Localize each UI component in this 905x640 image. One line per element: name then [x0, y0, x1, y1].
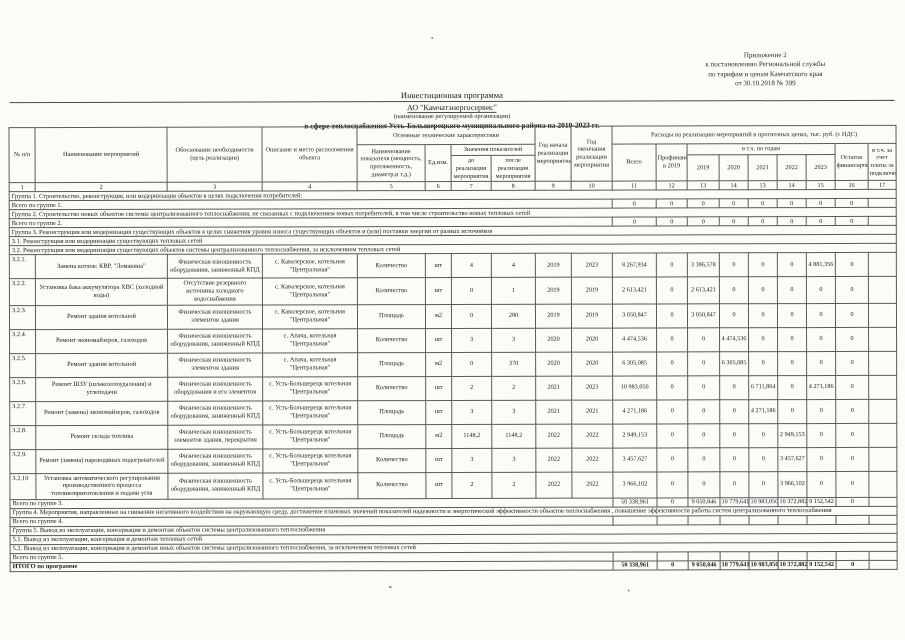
cost-value: 0 — [657, 471, 688, 497]
cost-value: 3 050,847 — [687, 303, 719, 327]
value-after: 1 — [491, 278, 535, 304]
column-number: 2 — [35, 183, 167, 192]
indicator-name: Количество — [357, 254, 425, 278]
measure-name: Ремонт здания котельной — [35, 305, 167, 329]
totals-value — [869, 551, 897, 560]
col-header-indicator: Наименование показателя (мощность, протя… — [357, 145, 425, 183]
totals-value — [836, 515, 869, 524]
totals-value — [869, 497, 897, 506]
totals-value: 10 983,050 — [749, 497, 778, 506]
value-before: 1148,2 — [452, 424, 492, 448]
totals-label: ИТОГО по программе — [10, 561, 613, 572]
cost-value: 0 — [807, 327, 836, 351]
cost-value: 2 613,421 — [612, 277, 656, 303]
col-header-year-2023: 2023 — [806, 154, 835, 181]
year-start: 2022 — [536, 472, 572, 498]
measure-name: Ремонт ШЗУ (шлакозолоудаления) и углепод… — [36, 377, 168, 401]
value-before: 3 — [452, 448, 492, 472]
totals-value — [869, 560, 897, 569]
value-after: 3 — [492, 448, 536, 472]
measure-reason: Физическая изношенность элементов здания — [167, 304, 262, 328]
measure-location: с. Кавалерское, котельная "Центральная" — [262, 304, 357, 328]
column-number: 4 — [262, 182, 357, 191]
column-number: 12 — [656, 181, 687, 190]
totals-value: 0 — [836, 497, 869, 506]
year-end: 2023 — [572, 376, 613, 400]
measure-reason: Отсутствие резервного источника холодног… — [167, 278, 262, 304]
header-row-1: № п/п Наименование мероприятий Обоснован… — [9, 125, 896, 145]
cost-value — [869, 423, 897, 447]
cost-value: 4 271,186 — [807, 375, 836, 399]
cost-value: 0 — [835, 253, 868, 277]
cost-value — [868, 277, 896, 303]
cost-value: 0 — [778, 351, 807, 375]
measure-name: Ремонт (замена) экономайзеров, газоходов — [36, 401, 168, 425]
column-number: 13 — [687, 181, 719, 190]
cost-value: 0 — [688, 447, 720, 471]
totals-value: 50 338,961 — [613, 561, 657, 570]
totals-value — [688, 551, 720, 560]
column-number: 5 — [357, 182, 425, 191]
scan-speck — [628, 590, 630, 592]
totals-value — [720, 515, 749, 524]
measure-row: 3.2.4.Ремонт экономайзеров, газоходовФиз… — [10, 327, 897, 353]
totals-value: 0 — [835, 199, 868, 208]
cost-value: 4 474,536 — [613, 327, 657, 351]
cost-value: 0 — [657, 351, 688, 375]
cost-value: 3 457,627 — [778, 447, 807, 471]
value-after: 3 — [492, 328, 536, 352]
unit: шт — [425, 278, 451, 304]
measure-name: Ремонт здания котельной — [36, 353, 168, 377]
col-header-year-2022: 2022 — [777, 154, 806, 181]
cost-value: 0 — [807, 471, 836, 497]
col-header-year-start: Год начала реализации мероприятия — [535, 126, 571, 182]
cost-value: 0 — [657, 375, 688, 399]
value-after: 1148,2 — [492, 424, 536, 448]
measure-name: Ремонт (замена) пароводяных подогревател… — [36, 449, 168, 473]
row-number: 3.2.10 — [10, 473, 36, 499]
measure-row: 3.2.2.Установка бака аккумулятора ХВС (х… — [9, 277, 896, 305]
cost-value: 0 — [719, 253, 748, 277]
cost-value: 0 — [836, 351, 869, 375]
totals-value — [836, 551, 869, 560]
cost-value: 0 — [657, 399, 688, 423]
cost-value: 0 — [688, 327, 720, 351]
col-header-tech: Основные технические характеристики — [357, 126, 535, 144]
value-before: 3 — [452, 328, 492, 352]
cost-value: 3 050,847 — [612, 303, 656, 327]
measure-row: 3.2.8.Ремонт склада топливаФизическая из… — [10, 423, 897, 449]
value-before: 0 — [451, 304, 491, 328]
totals-value: 0 — [719, 199, 748, 208]
cost-value: 0 — [806, 277, 835, 303]
unit: м2 — [426, 352, 452, 376]
cost-value: 0 — [720, 447, 749, 471]
value-after: 280 — [491, 304, 535, 328]
totals-value: 0 — [612, 199, 656, 208]
cost-value — [869, 327, 897, 351]
column-number: 7 — [451, 182, 491, 191]
column-number: 8 — [491, 182, 535, 191]
cost-value — [868, 303, 896, 327]
value-after: 3 — [492, 400, 536, 424]
indicator-name: Площадь — [358, 400, 426, 424]
measure-reason: Физическая изношенность элементов здания — [168, 352, 263, 376]
cost-value: 0 — [749, 351, 778, 375]
totals-value — [778, 551, 807, 560]
cost-value: 10 983,050 — [613, 375, 657, 399]
row-number: 3.2.8. — [10, 425, 36, 449]
row-number: 3.2.9. — [10, 449, 36, 473]
year-end: 2022 — [572, 448, 613, 472]
measure-row: 3.2.1.Замена котлов: КВР, "Ломакина"Физи… — [9, 253, 896, 279]
totals-value: 9 152,542 — [807, 560, 836, 569]
value-before: 2 — [452, 376, 492, 400]
cost-value: 0 — [688, 351, 720, 375]
year-end: 2023 — [571, 254, 612, 278]
col-header-reason: Обоснование необходимости (цель реализац… — [167, 127, 262, 183]
totals-value — [657, 515, 688, 524]
totals-value: 0 — [656, 199, 687, 208]
indicator-name: Площадь — [358, 424, 426, 448]
col-header-by-years: в т.ч. по годам — [687, 143, 835, 154]
col-header-connection-fee: в т.ч. за счет платы за подключение — [868, 143, 896, 181]
row-number: 3.2.5. — [10, 353, 36, 377]
cost-value: 0 — [657, 327, 688, 351]
cost-value: 0 — [748, 253, 777, 277]
value-before: 2 — [452, 472, 492, 498]
cost-value: 4 271,186 — [749, 399, 778, 423]
col-header-before: до реализации мероприятия — [451, 155, 491, 182]
measure-location: с. Усть-Большерецк котельная "Центральна… — [263, 472, 358, 498]
totals-value: 0 — [748, 199, 777, 208]
scan-speck — [389, 586, 392, 588]
column-number: 17 — [868, 181, 896, 190]
cost-value: 0 — [836, 375, 869, 399]
totals-value — [657, 551, 688, 560]
column-number: 16 — [835, 181, 868, 190]
col-header-unit: Ед.изм. — [425, 145, 451, 183]
cost-value: 4 474,536 — [720, 327, 749, 351]
year-end: 2020 — [572, 352, 613, 376]
cost-value — [869, 375, 897, 399]
value-after: 4 — [491, 254, 535, 278]
col-header-total: Всего — [612, 144, 656, 182]
measure-location: с. Усть-Большерецк котельная "Центральна… — [263, 448, 358, 472]
cost-value — [869, 351, 897, 375]
col-header-after: после реализации мероприятия — [491, 155, 535, 182]
cost-value: 2 949,153 — [613, 423, 657, 447]
totals-value: 0 — [836, 560, 869, 569]
totals-value: 10 372,882 — [778, 560, 807, 569]
column-number: 13 — [748, 181, 777, 190]
cost-value: 6 305,085 — [720, 351, 749, 375]
year-end: 2021 — [572, 400, 613, 424]
cost-value: 0 — [836, 471, 869, 497]
indicator-name: Площадь — [357, 304, 425, 328]
totals-value: 0 — [748, 217, 777, 226]
cost-value: 0 — [657, 447, 688, 471]
year-end: 2019 — [571, 304, 612, 328]
unit: шт — [426, 472, 452, 498]
unit: шт — [426, 328, 452, 352]
column-number: 6 — [425, 182, 451, 191]
cost-value — [869, 447, 897, 471]
measure-row: 3.2.5.Ремонт здания котельнойФизическая … — [10, 351, 897, 377]
measure-location: с. Усть-Большерецк котельная "Центральна… — [263, 376, 358, 400]
investment-program-table: № п/п Наименование мероприятий Обоснован… — [8, 125, 897, 572]
cost-value: 0 — [656, 303, 687, 327]
cost-value: 0 — [835, 303, 868, 327]
totals-value: 0 — [687, 217, 719, 226]
year-end: 2019 — [571, 278, 612, 304]
cost-value: 0 — [657, 423, 688, 447]
measure-name: Ремонт склада топлива — [36, 425, 168, 449]
year-start: 2022 — [536, 448, 572, 472]
cost-value: 0 — [720, 423, 749, 447]
cost-value: 0 — [720, 471, 749, 497]
totals-value: 10 372,882 — [778, 497, 807, 506]
year-end: 2020 — [572, 328, 613, 352]
totals-value: 0 — [777, 217, 806, 226]
measure-reason: Физическая изношенность оборудования, за… — [168, 400, 263, 424]
cost-value: 3 457,627 — [613, 447, 657, 471]
cost-value: 0 — [749, 423, 778, 447]
measure-reason: Физическая изношенность оборудования, за… — [168, 472, 263, 498]
totals-value — [749, 515, 778, 524]
cost-value: 0 — [656, 277, 687, 303]
value-before: 3 — [452, 400, 492, 424]
totals-value — [807, 551, 836, 560]
col-header-year-end: Год окончания реализации мероприятия — [571, 126, 612, 182]
measure-name: Установка автоматического регулирования … — [36, 473, 168, 499]
column-number: 14 — [777, 181, 806, 190]
totals-value — [868, 199, 896, 208]
totals-value — [778, 515, 807, 524]
cost-value: 0 — [688, 423, 720, 447]
cost-value: 0 — [777, 303, 806, 327]
column-number: 3 — [167, 182, 262, 191]
cost-value: 0 — [777, 277, 806, 303]
cost-value: 0 — [749, 327, 778, 351]
totals-value — [749, 551, 778, 560]
scan-speck — [431, 37, 433, 39]
column-number: 1 — [9, 183, 35, 192]
value-after: 2 — [492, 472, 536, 498]
row-number: 3.2.6. — [10, 377, 36, 401]
cost-value: 4 881,356 — [806, 253, 835, 277]
cost-value: 0 — [778, 327, 807, 351]
col-header-year-2020: 2020 — [719, 155, 748, 182]
cost-value: 0 — [720, 399, 749, 423]
measure-row: 3.2.9.Ремонт (замена) пароводяных подогр… — [10, 447, 897, 473]
totals-row: ИТОГО по программе50 338,96109 050,84610… — [10, 560, 897, 571]
totals-value: 0 — [657, 497, 688, 506]
annotation-line: от 30.10.2018 № 399 — [640, 79, 890, 89]
indicator-name: Количество — [358, 448, 426, 472]
col-header-financed: Профинансировано в 2019 — [656, 144, 687, 182]
year-start: 2019 — [535, 278, 571, 304]
measure-reason: Физическая изношенность оборудования и е… — [168, 376, 263, 400]
unit: м2 — [425, 304, 451, 328]
measure-location: с. Усть-Большерецк котельная "Центральна… — [263, 400, 358, 424]
col-header-remainder: Остаток финансирования — [835, 143, 868, 181]
column-number: 9 — [535, 182, 571, 191]
indicator-name: Количество — [358, 376, 426, 400]
measure-name: Ремонт экономайзеров, газоходов — [36, 329, 168, 353]
totals-value: 9 050,846 — [688, 560, 720, 569]
row-number: 3.2.1. — [9, 255, 35, 279]
year-start: 2021 — [536, 376, 572, 400]
measure-reason: Физическая изношенность оборудования, за… — [168, 328, 263, 352]
cost-value: 0 — [836, 447, 869, 471]
measure-reason: Физическая изношенность оборудования, за… — [168, 448, 263, 472]
totals-value — [613, 516, 657, 525]
row-number: 3.2.2. — [9, 279, 35, 305]
cost-value: 0 — [748, 303, 777, 327]
col-header-num: № п/п — [9, 128, 35, 184]
totals-value — [869, 515, 897, 524]
totals-value: 0 — [806, 217, 835, 226]
year-start: 2022 — [536, 424, 572, 448]
value-after: 2 — [492, 376, 536, 400]
cost-value: 0 — [807, 447, 836, 471]
indicator-name: Количество — [357, 278, 425, 304]
totals-value — [720, 551, 749, 560]
measure-reason: Физическая изношенность оборудования, за… — [167, 254, 262, 278]
cost-value: 0 — [836, 423, 869, 447]
cost-value: 0 — [719, 277, 748, 303]
value-before: 4 — [451, 254, 491, 278]
totals-value: 9 152,542 — [807, 497, 836, 506]
totals-value — [688, 515, 720, 524]
row-number: 3.2.3. — [9, 305, 35, 329]
col-header-year-2019: 2019 — [687, 155, 719, 182]
cost-value: 0 — [749, 471, 778, 497]
value-after: 370 — [492, 352, 536, 376]
column-number: 11 — [612, 181, 656, 190]
cost-value: 0 — [688, 471, 720, 497]
cost-value: 0 — [749, 447, 778, 471]
indicator-name: Количество — [358, 472, 426, 498]
cost-value: 0 — [807, 399, 836, 423]
measure-reason: Физическая изношенность элементов здания… — [168, 424, 263, 448]
title-line-1: Инвестиционная программа — [9, 89, 894, 103]
column-number: 14 — [719, 181, 748, 190]
cost-value: 0 — [806, 303, 835, 327]
cost-value: 3 386,578 — [687, 253, 719, 277]
row-number: 3.2.4. — [10, 329, 36, 353]
totals-value — [613, 552, 657, 561]
cost-value — [869, 399, 897, 423]
totals-value: 0 — [612, 217, 656, 226]
appendix-annotation: Приложение 2 к постановлению Регионально… — [640, 51, 890, 89]
cost-value: 0 — [719, 303, 748, 327]
totals-value: 50 338,961 — [613, 498, 657, 507]
cost-value: 0 — [835, 277, 868, 303]
cost-value: 0 — [748, 277, 777, 303]
cost-value: 0 — [807, 351, 836, 375]
measure-location: с. Усть-Большерецк котельная "Центральна… — [263, 424, 358, 448]
measure-location: с. Кавалерское, котельная "Центральная" — [262, 254, 357, 278]
totals-value: 10 779,641 — [720, 560, 749, 569]
measure-name: Замена котлов: КВР, "Ломакина" — [35, 255, 167, 279]
totals-value: 0 — [719, 217, 748, 226]
col-header-values: Значения показателей — [451, 144, 535, 155]
col-header-year-2021: 2021 — [748, 155, 777, 182]
cost-value: 3 966,102 — [778, 471, 807, 497]
totals-value: 0 — [806, 199, 835, 208]
cost-value: 0 — [720, 375, 749, 399]
year-start: 2020 — [536, 328, 572, 352]
col-header-costs: Расходы на реализацию мероприятий в прог… — [612, 125, 896, 144]
measure-location: с. Апача, котельная "Центральная" — [263, 352, 358, 376]
column-number: 15 — [806, 181, 835, 190]
unit: шт — [426, 400, 452, 424]
unit: м2 — [426, 424, 452, 448]
measure-row: 3.2.10Установка автоматического регулиро… — [10, 471, 897, 499]
cost-value — [869, 471, 897, 497]
measure-row: 3.2.7.Ремонт (замена) экономайзеров, газ… — [10, 399, 897, 425]
value-before: 0 — [452, 352, 492, 376]
year-end: 2022 — [572, 472, 613, 498]
cost-value: 6 305,085 — [613, 351, 657, 375]
totals-value — [807, 515, 836, 524]
scanned-document-page: Приложение 2 к постановлению Регионально… — [0, 0, 905, 640]
totals-value: 10 779,641 — [720, 497, 749, 506]
cost-value: 0 — [778, 399, 807, 423]
cost-value: 0 — [836, 327, 869, 351]
cost-value: 0 — [836, 399, 869, 423]
cost-value: 6 711,864 — [749, 375, 778, 399]
measure-name: Установка бака аккумулятора ХВС (холодно… — [35, 279, 167, 305]
cost-value: 2 949,153 — [778, 423, 807, 447]
cost-value: 0 — [807, 423, 836, 447]
cost-value: 4 271,186 — [613, 399, 657, 423]
measure-location: с. Апача, котельная "Центральная" — [263, 328, 358, 352]
col-header-description: Описание и место расположения объекта — [262, 127, 357, 183]
totals-value: 0 — [687, 199, 719, 208]
cost-value: 0 — [777, 253, 806, 277]
column-number: 10 — [571, 182, 612, 191]
indicator-name: Количество — [358, 328, 426, 352]
totals-value: 0 — [656, 217, 687, 226]
col-header-name: Наименование мероприятий — [35, 127, 167, 183]
year-start: 2020 — [536, 352, 572, 376]
unit: шт — [426, 376, 452, 400]
year-end: 2022 — [572, 424, 613, 448]
cost-value: 0 — [656, 253, 687, 277]
totals-value: 0 — [777, 199, 806, 208]
year-start: 2019 — [535, 304, 571, 328]
cost-value: 8 267,934 — [612, 253, 656, 277]
cost-value: 3 966,102 — [613, 471, 657, 497]
unit: шт — [426, 448, 452, 472]
measure-row: 3.2.3.Ремонт здания котельнойФизическая … — [9, 303, 896, 329]
measure-row: 3.2.6.Ремонт ШЗУ (шлакозолоудаления) и у… — [10, 375, 897, 401]
indicator-name: Площадь — [358, 352, 426, 376]
cost-value — [868, 253, 896, 277]
totals-value: 0 — [657, 560, 688, 569]
totals-value — [868, 217, 896, 226]
row-number: 3.2.7. — [10, 401, 36, 425]
cost-value: 0 — [688, 399, 720, 423]
unit: шт — [425, 254, 451, 278]
totals-value: 10 983,050 — [749, 560, 778, 569]
year-start: 2021 — [536, 400, 572, 424]
cost-value: 0 — [778, 375, 807, 399]
